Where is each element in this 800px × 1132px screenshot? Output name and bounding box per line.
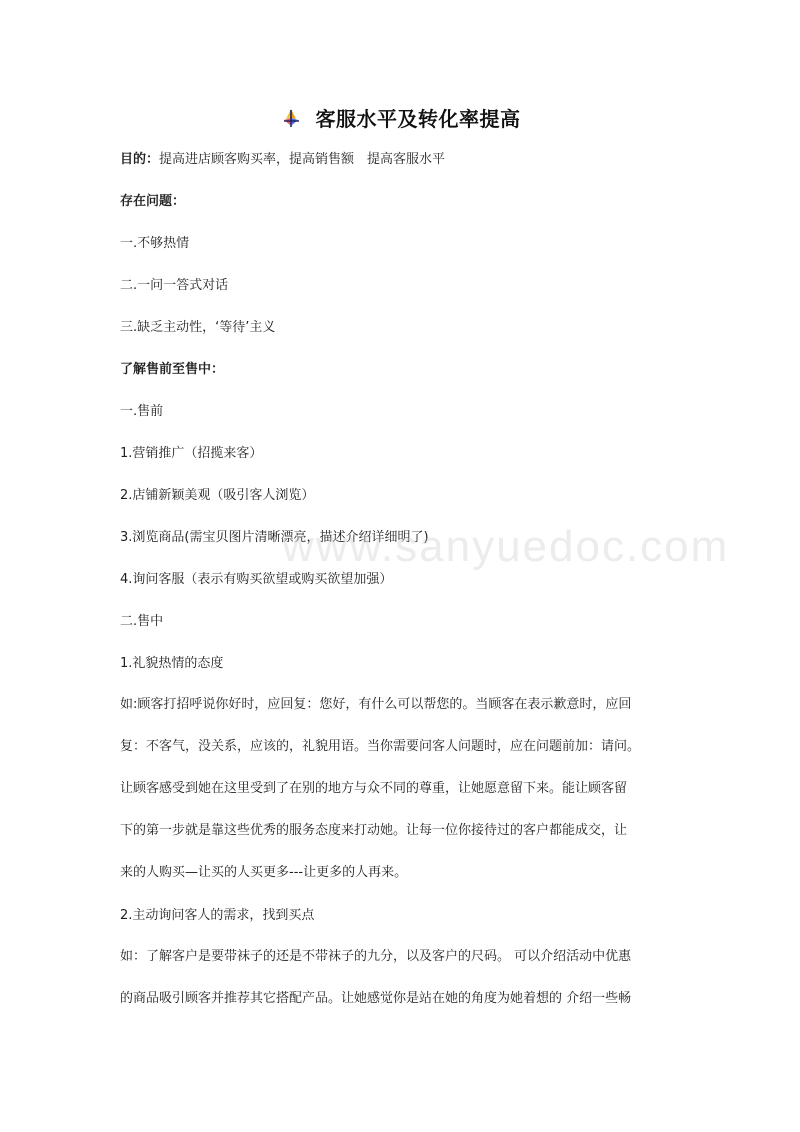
purpose-line: 目的：提高进店顾客购买率，提高销售额 提高客服水平 bbox=[120, 151, 445, 169]
purpose-text: 提高进店顾客购买率，提高销售额 提高客服水平 bbox=[159, 152, 445, 167]
insale-heading: 二.售中 bbox=[120, 613, 163, 631]
insale-section-heading: 2.主动询问客人的需求，找到买点 bbox=[120, 907, 314, 925]
paragraph-line: 复：不客气，没关系，应该的，礼貌用语。当你需要问客人问题时，应在问题前加：请问。 bbox=[120, 726, 685, 768]
document-title: 客服水平及转化率提高 bbox=[316, 103, 521, 132]
paragraph-line: 下的第一步就是靠这些优秀的服务态度来打动她。让每一位你接待过的客户都能成交，让 bbox=[120, 810, 685, 852]
insale-section-heading: 1.礼貌热情的态度 bbox=[120, 655, 223, 673]
presale-item: 2.店铺新颖美观（吸引客人浏览） bbox=[120, 487, 314, 505]
courtesy-paragraph: 如:顾客打招呼说你好时，应回复：您好，有什么可以帮您的。当顾客在表示歉意时，应回… bbox=[120, 684, 685, 894]
problem-item: 三.缺乏主动性，‘等待’主义 bbox=[120, 319, 275, 337]
paragraph-line: 让顾客感受到她在这里受到了在别的地方与众不同的尊重，让她愿意留下来。能让顾客留 bbox=[120, 768, 685, 810]
paragraph-line: 如:顾客打招呼说你好时，应回复：您好，有什么可以帮您的。当顾客在表示歉意时，应回 bbox=[120, 684, 685, 726]
process-heading: 了解售前至售中： bbox=[120, 361, 224, 379]
presale-item: 3.浏览商品(需宝贝图片清晰漂亮，描述介绍详细明了) bbox=[120, 529, 429, 547]
title-row: 客服水平及转化率提高 bbox=[0, 103, 800, 135]
needs-paragraph: 如：了解客户是要带袜子的还是不带袜子的九分，以及客户的尺码。 可以介绍活动中优惠… bbox=[120, 936, 685, 1020]
document-page: 客服水平及转化率提高 目的：提高进店顾客购买率，提高销售额 提高客服水平 存在问… bbox=[0, 0, 800, 1132]
paragraph-line: 如：了解客户是要带袜子的还是不带袜子的九分，以及客户的尺码。 可以介绍活动中优惠 bbox=[120, 936, 685, 978]
purpose-label: 目的： bbox=[120, 152, 159, 167]
problems-heading: 存在问题： bbox=[120, 193, 185, 211]
problem-item: 二.一问一答式对话 bbox=[120, 277, 228, 295]
presale-item: 4.询问客服（表示有购买欲望或购买欲望加强） bbox=[120, 571, 392, 589]
paragraph-line: 来的人购买—让买的人买更多---让更多的人再来。 bbox=[120, 852, 685, 894]
paragraph-line: 的商品吸引顾客并推荐其它搭配产品。让她感觉你是站在她的角度为她着想的 介绍一些畅 bbox=[120, 978, 685, 1020]
presale-item: 1.营销推广（招揽来客） bbox=[120, 445, 262, 463]
colorful-pin-icon bbox=[280, 107, 302, 129]
presale-heading: 一.售前 bbox=[120, 403, 163, 421]
problem-item: 一.不够热情 bbox=[120, 235, 189, 253]
